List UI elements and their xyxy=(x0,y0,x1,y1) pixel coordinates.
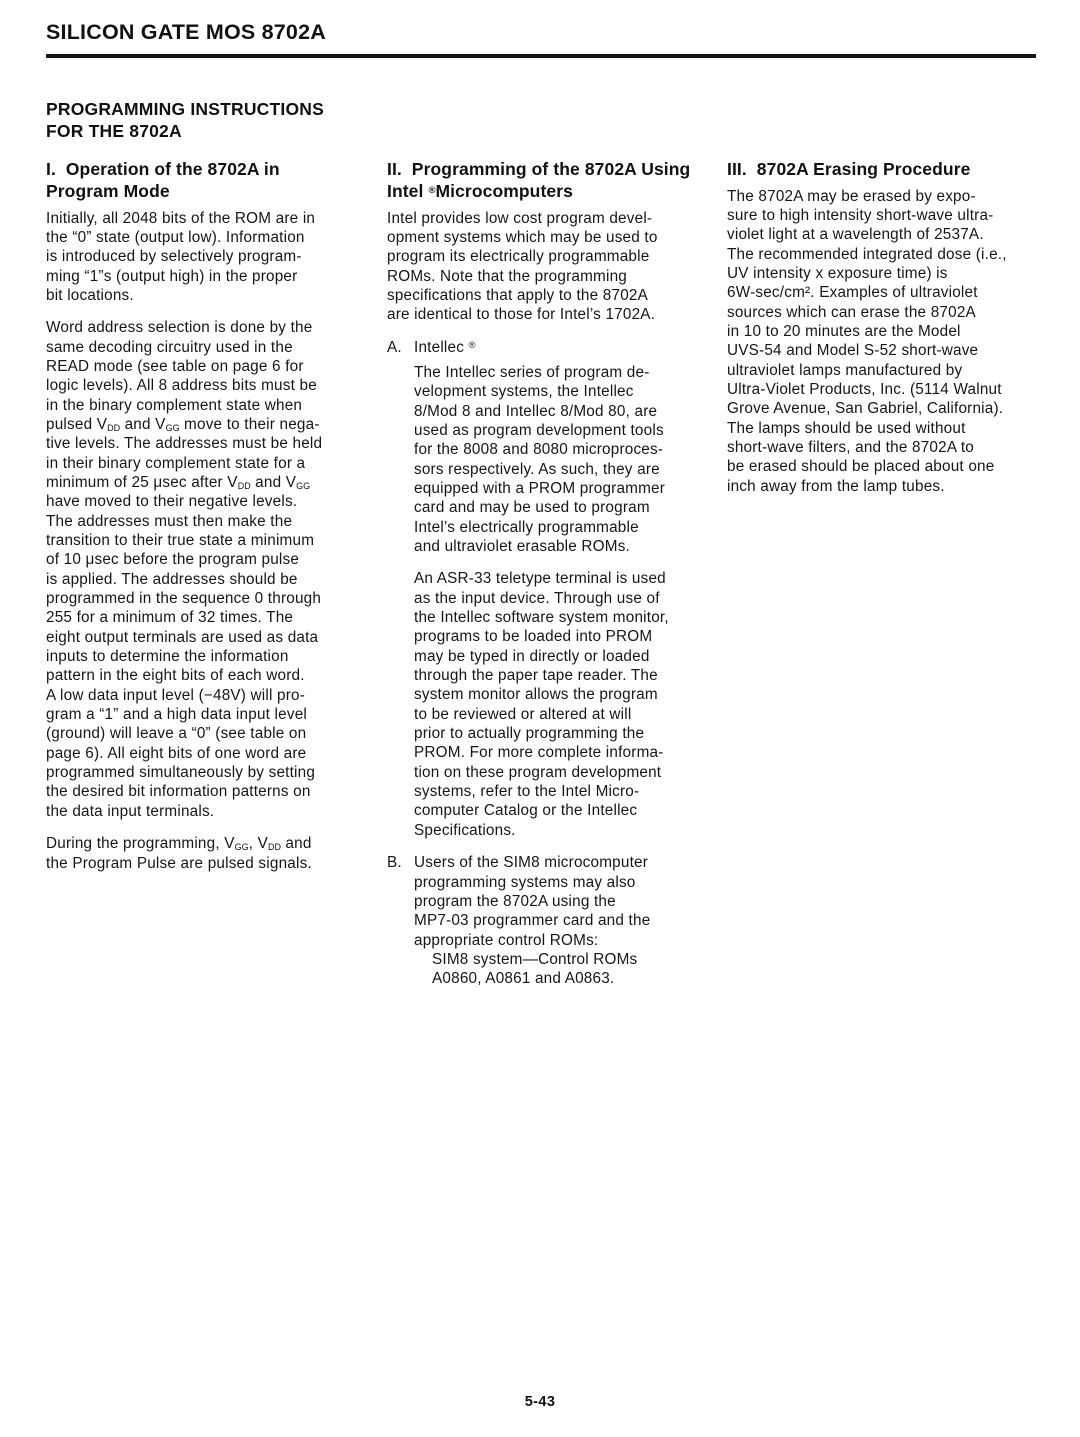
list-item-a: A. Intellec ® xyxy=(387,338,711,357)
col3-heading: III. 8702A Erasing Procedure xyxy=(727,158,1039,180)
col1-paragraph-1: Initially, all 2048 bits of the ROM are … xyxy=(46,209,371,306)
header-title: SILICON GATE MOS 8702A xyxy=(46,20,1036,45)
doc-title: PROGRAMMING INSTRUCTIONS FOR THE 8702A xyxy=(46,98,1036,143)
list-item-b-subtext: SIM8 system—Control ROMsA0860, A0861 and… xyxy=(432,950,711,989)
header-rule xyxy=(46,54,1036,58)
list-item-a-title: Intellec ® xyxy=(414,338,711,357)
list-item-b-label: B. xyxy=(387,853,414,988)
col1-heading: I. Operation of the 8702A inProgram Mode xyxy=(46,158,371,202)
content-columns: I. Operation of the 8702A inProgram Mode… xyxy=(46,158,1036,995)
list-item-b-text: Users of the SIM8 microcomputerprogrammi… xyxy=(414,853,711,950)
column-operation: I. Operation of the 8702A inProgram Mode… xyxy=(46,158,371,995)
col2-heading: II. Programming of the 8702A UsingIntel … xyxy=(387,158,711,202)
page-number: 5-43 xyxy=(0,1394,1080,1410)
list-item-a-label: A. xyxy=(387,338,414,357)
col3-paragraph-1: The 8702A may be erased by expo-sure to … xyxy=(727,187,1039,497)
col1-paragraph-2: Word address selection is done by thesam… xyxy=(46,318,371,821)
list-item-b: B. Users of the SIM8 microcomputerprogra… xyxy=(387,853,711,988)
column-programming: II. Programming of the 8702A UsingIntel … xyxy=(387,158,711,995)
col1-paragraph-3: During the programming, VGG, VDD andthe … xyxy=(46,834,371,873)
col2-paragraph-1: Intel provides low cost program devel-op… xyxy=(387,209,711,325)
list-item-b-body: Users of the SIM8 microcomputerprogrammi… xyxy=(414,853,711,988)
page-header: SILICON GATE MOS 8702A xyxy=(46,20,1036,58)
list-item-a-paragraph-1: The Intellec series of program de-velopm… xyxy=(414,363,711,556)
list-item-a-paragraph-2: An ASR-33 teletype terminal is usedas th… xyxy=(414,569,711,840)
datasheet-page: SILICON GATE MOS 8702A PROGRAMMING INSTR… xyxy=(0,0,1080,1437)
column-erasing: III. 8702A Erasing Procedure The 8702A m… xyxy=(727,158,1039,995)
